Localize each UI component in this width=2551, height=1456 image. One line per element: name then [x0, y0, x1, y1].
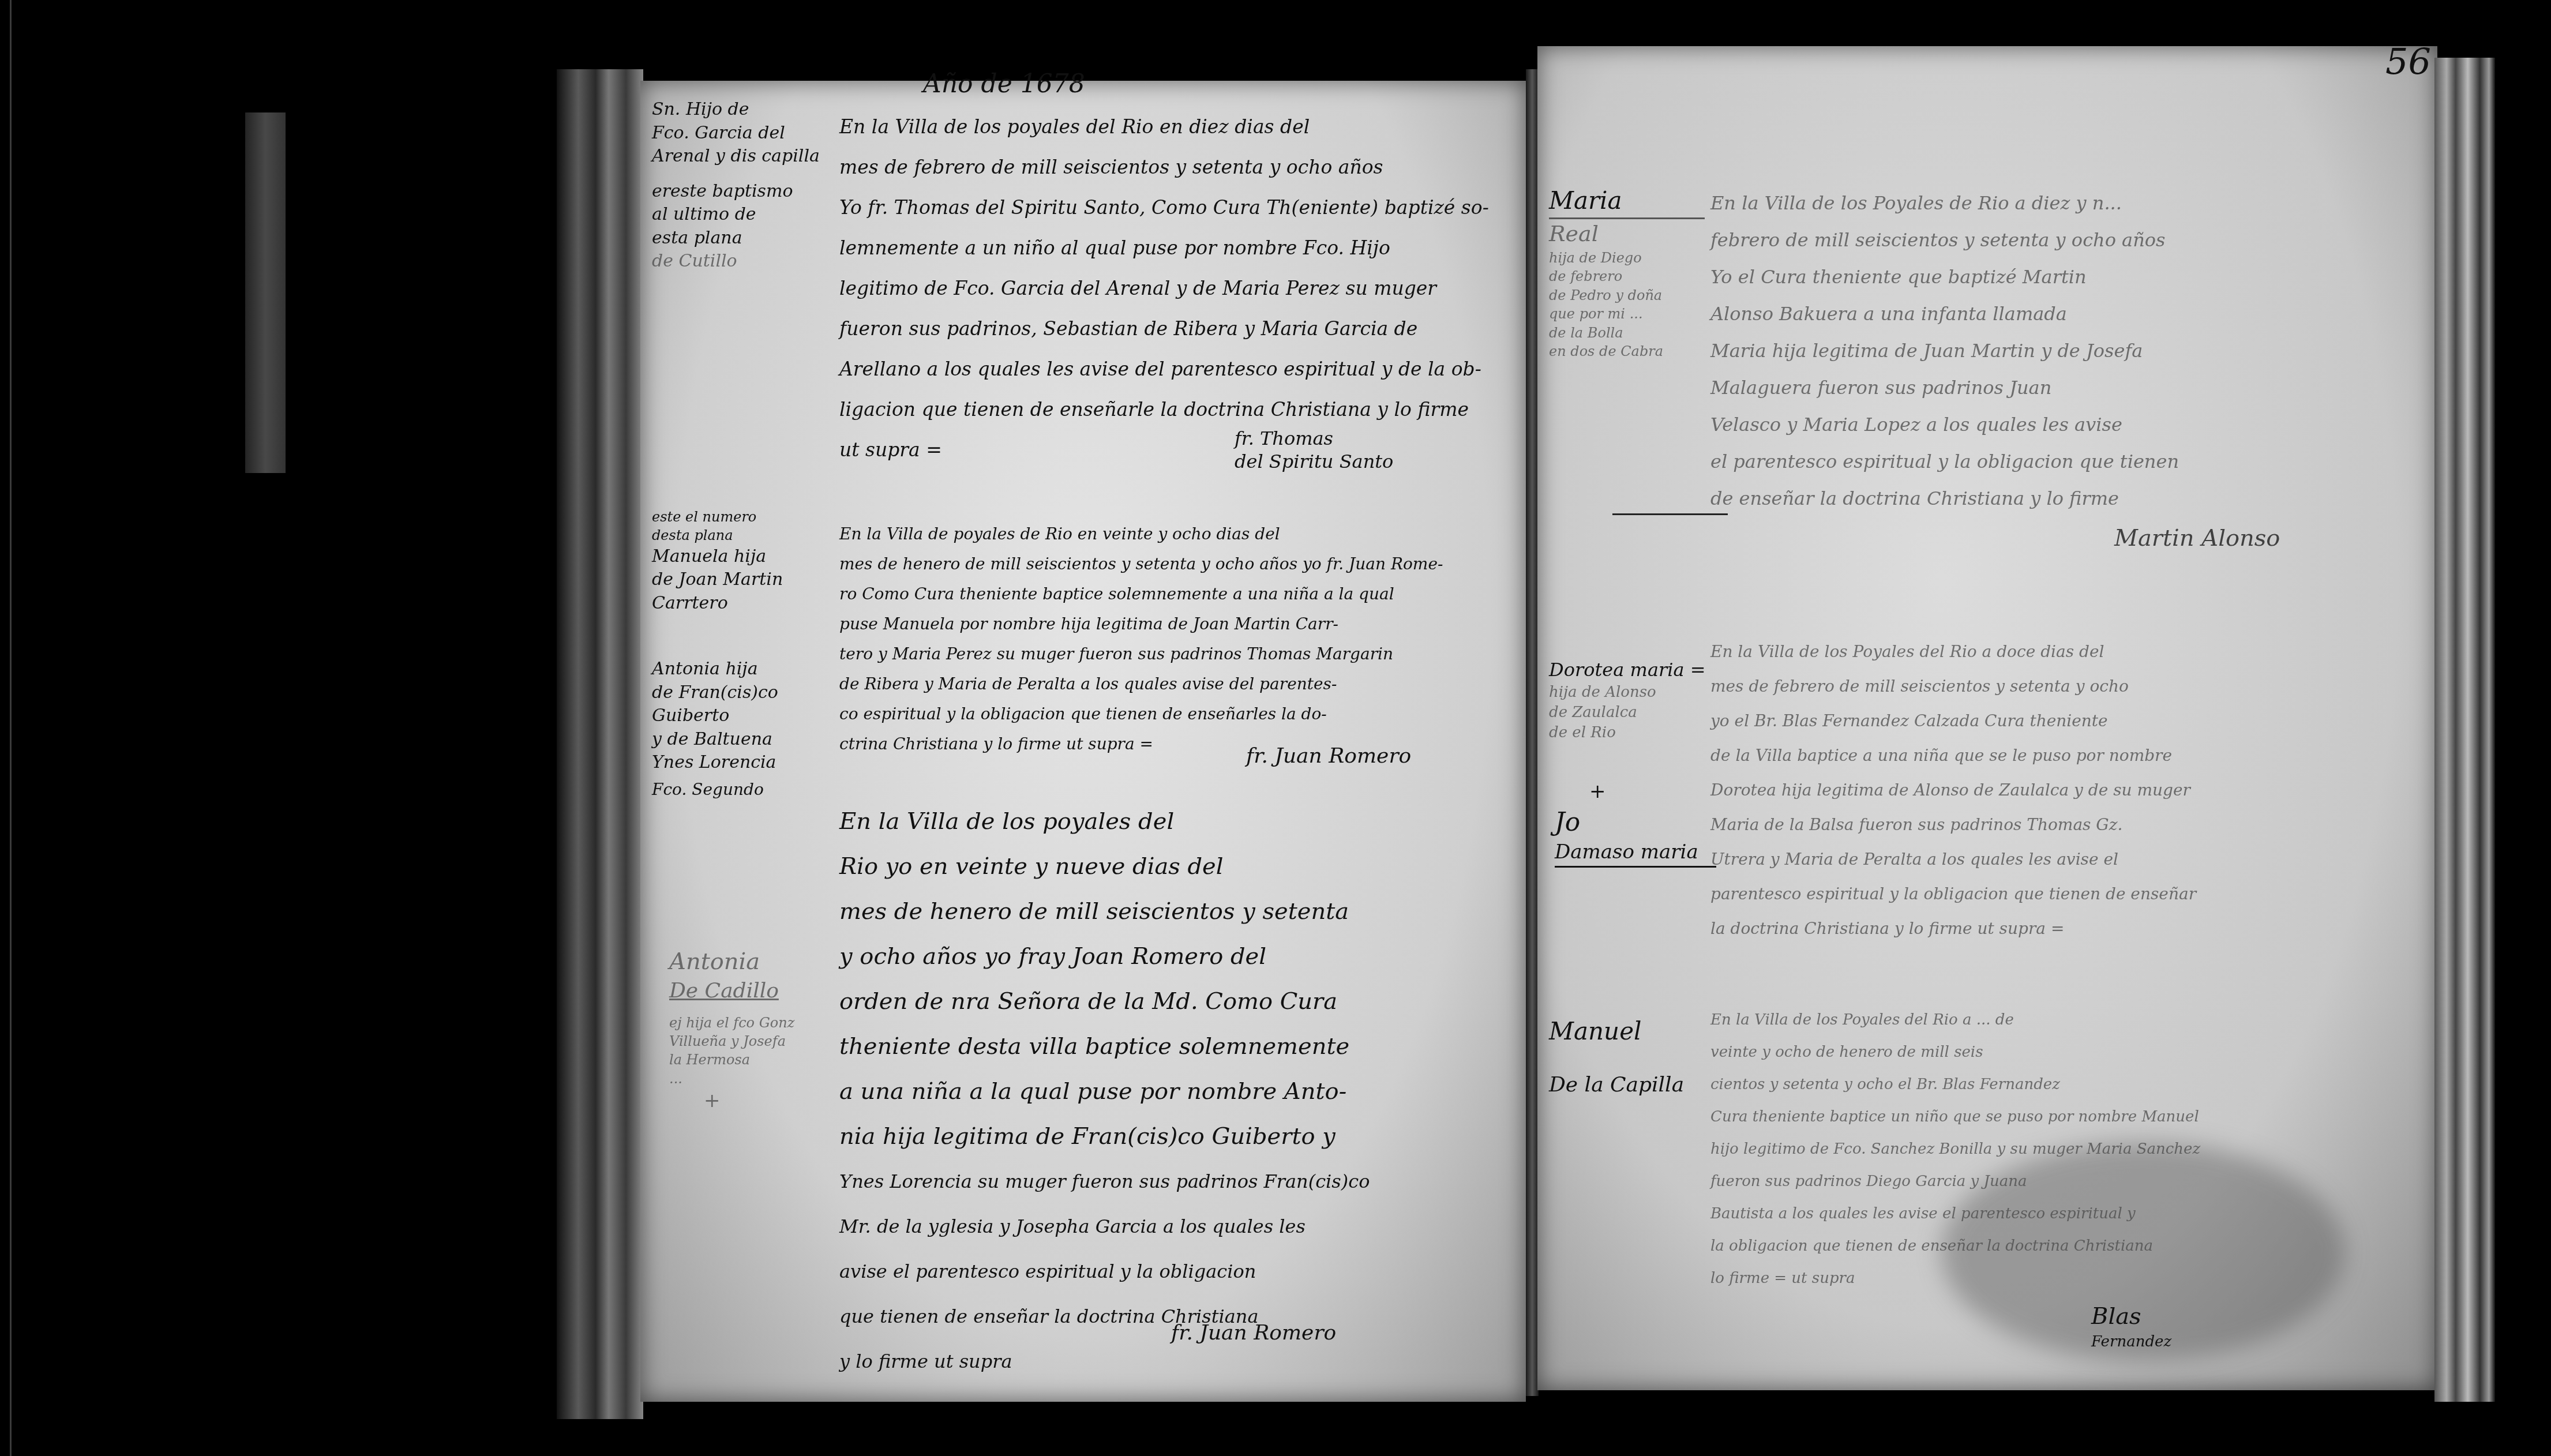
scan-edge-strip — [10, 0, 12, 1456]
margin-note-1: Sn. Hijo de Fco. Garcia del Arenal y dis… — [652, 98, 836, 273]
right-baptism-entry-1: En la Villa de los Poyales de Rio a diez… — [1710, 185, 2179, 517]
margin-note-4: Fco. Segundo — [652, 779, 764, 801]
signature-entry-3: fr. Juan Romero — [1171, 1321, 1336, 1345]
open-register-book: Año de 1678 Sn. Hijo de Fco. Garcia del … — [557, 46, 2495, 1419]
right-signature-1: Martin Alonso — [2114, 525, 2280, 551]
signature-entry-2: fr. Juan Romero — [1246, 744, 1411, 768]
right-margin-note-2: Dorotea maria = hija de Alonso de Zaulal… — [1549, 658, 1710, 743]
right-baptism-entry-3: En la Villa de los Poyales del Rio a ...… — [1710, 1004, 2200, 1294]
left-page-edges — [557, 69, 643, 1419]
right-page-edges — [2434, 58, 2495, 1402]
bookmark-ribbon — [245, 112, 286, 473]
right-baptism-entry-2: En la Villa de los Poyales del Rio a doc… — [1710, 635, 2196, 946]
signature-entry-1: fr. Thomas del Spiritu Santo — [1235, 427, 1393, 473]
year-heading: Año de 1678 — [923, 69, 1085, 99]
baptism-entry-2: En la Villa de poyales de Rio en veinte … — [839, 519, 1443, 759]
right-signature-3: Blas Fernandez — [2091, 1304, 2171, 1354]
page-number: 56 — [2385, 40, 2431, 82]
left-page: Año de 1678 Sn. Hijo de Fco. Garcia del … — [640, 81, 1526, 1402]
right-margin-note-3: + Jo Damaso maria — [1555, 779, 1716, 868]
right-margin-note-4: Manuel De la Capilla — [1549, 1015, 1710, 1099]
baptism-entry-1: En la Villa de los poyales del Rio en di… — [839, 107, 1489, 470]
baptism-entry-3: En la Villa de los poyales del Rio yo en… — [839, 799, 1370, 1384]
right-margin-note-1: Maria Real hija de Diego de febrero de P… — [1549, 185, 1705, 361]
margin-note-5: Antonia De Cadillo ej hija el fco Gonz V… — [669, 946, 842, 1114]
right-page: 56 Maria Real hija de Diego de febrero d… — [1537, 46, 2437, 1390]
margin-note-3: Antonia hija de Fran(cis)co Guiberto y d… — [652, 658, 842, 775]
book-gutter — [1526, 69, 1539, 1396]
margin-note-2: este el numero desta plana Manuela hija … — [652, 508, 842, 615]
